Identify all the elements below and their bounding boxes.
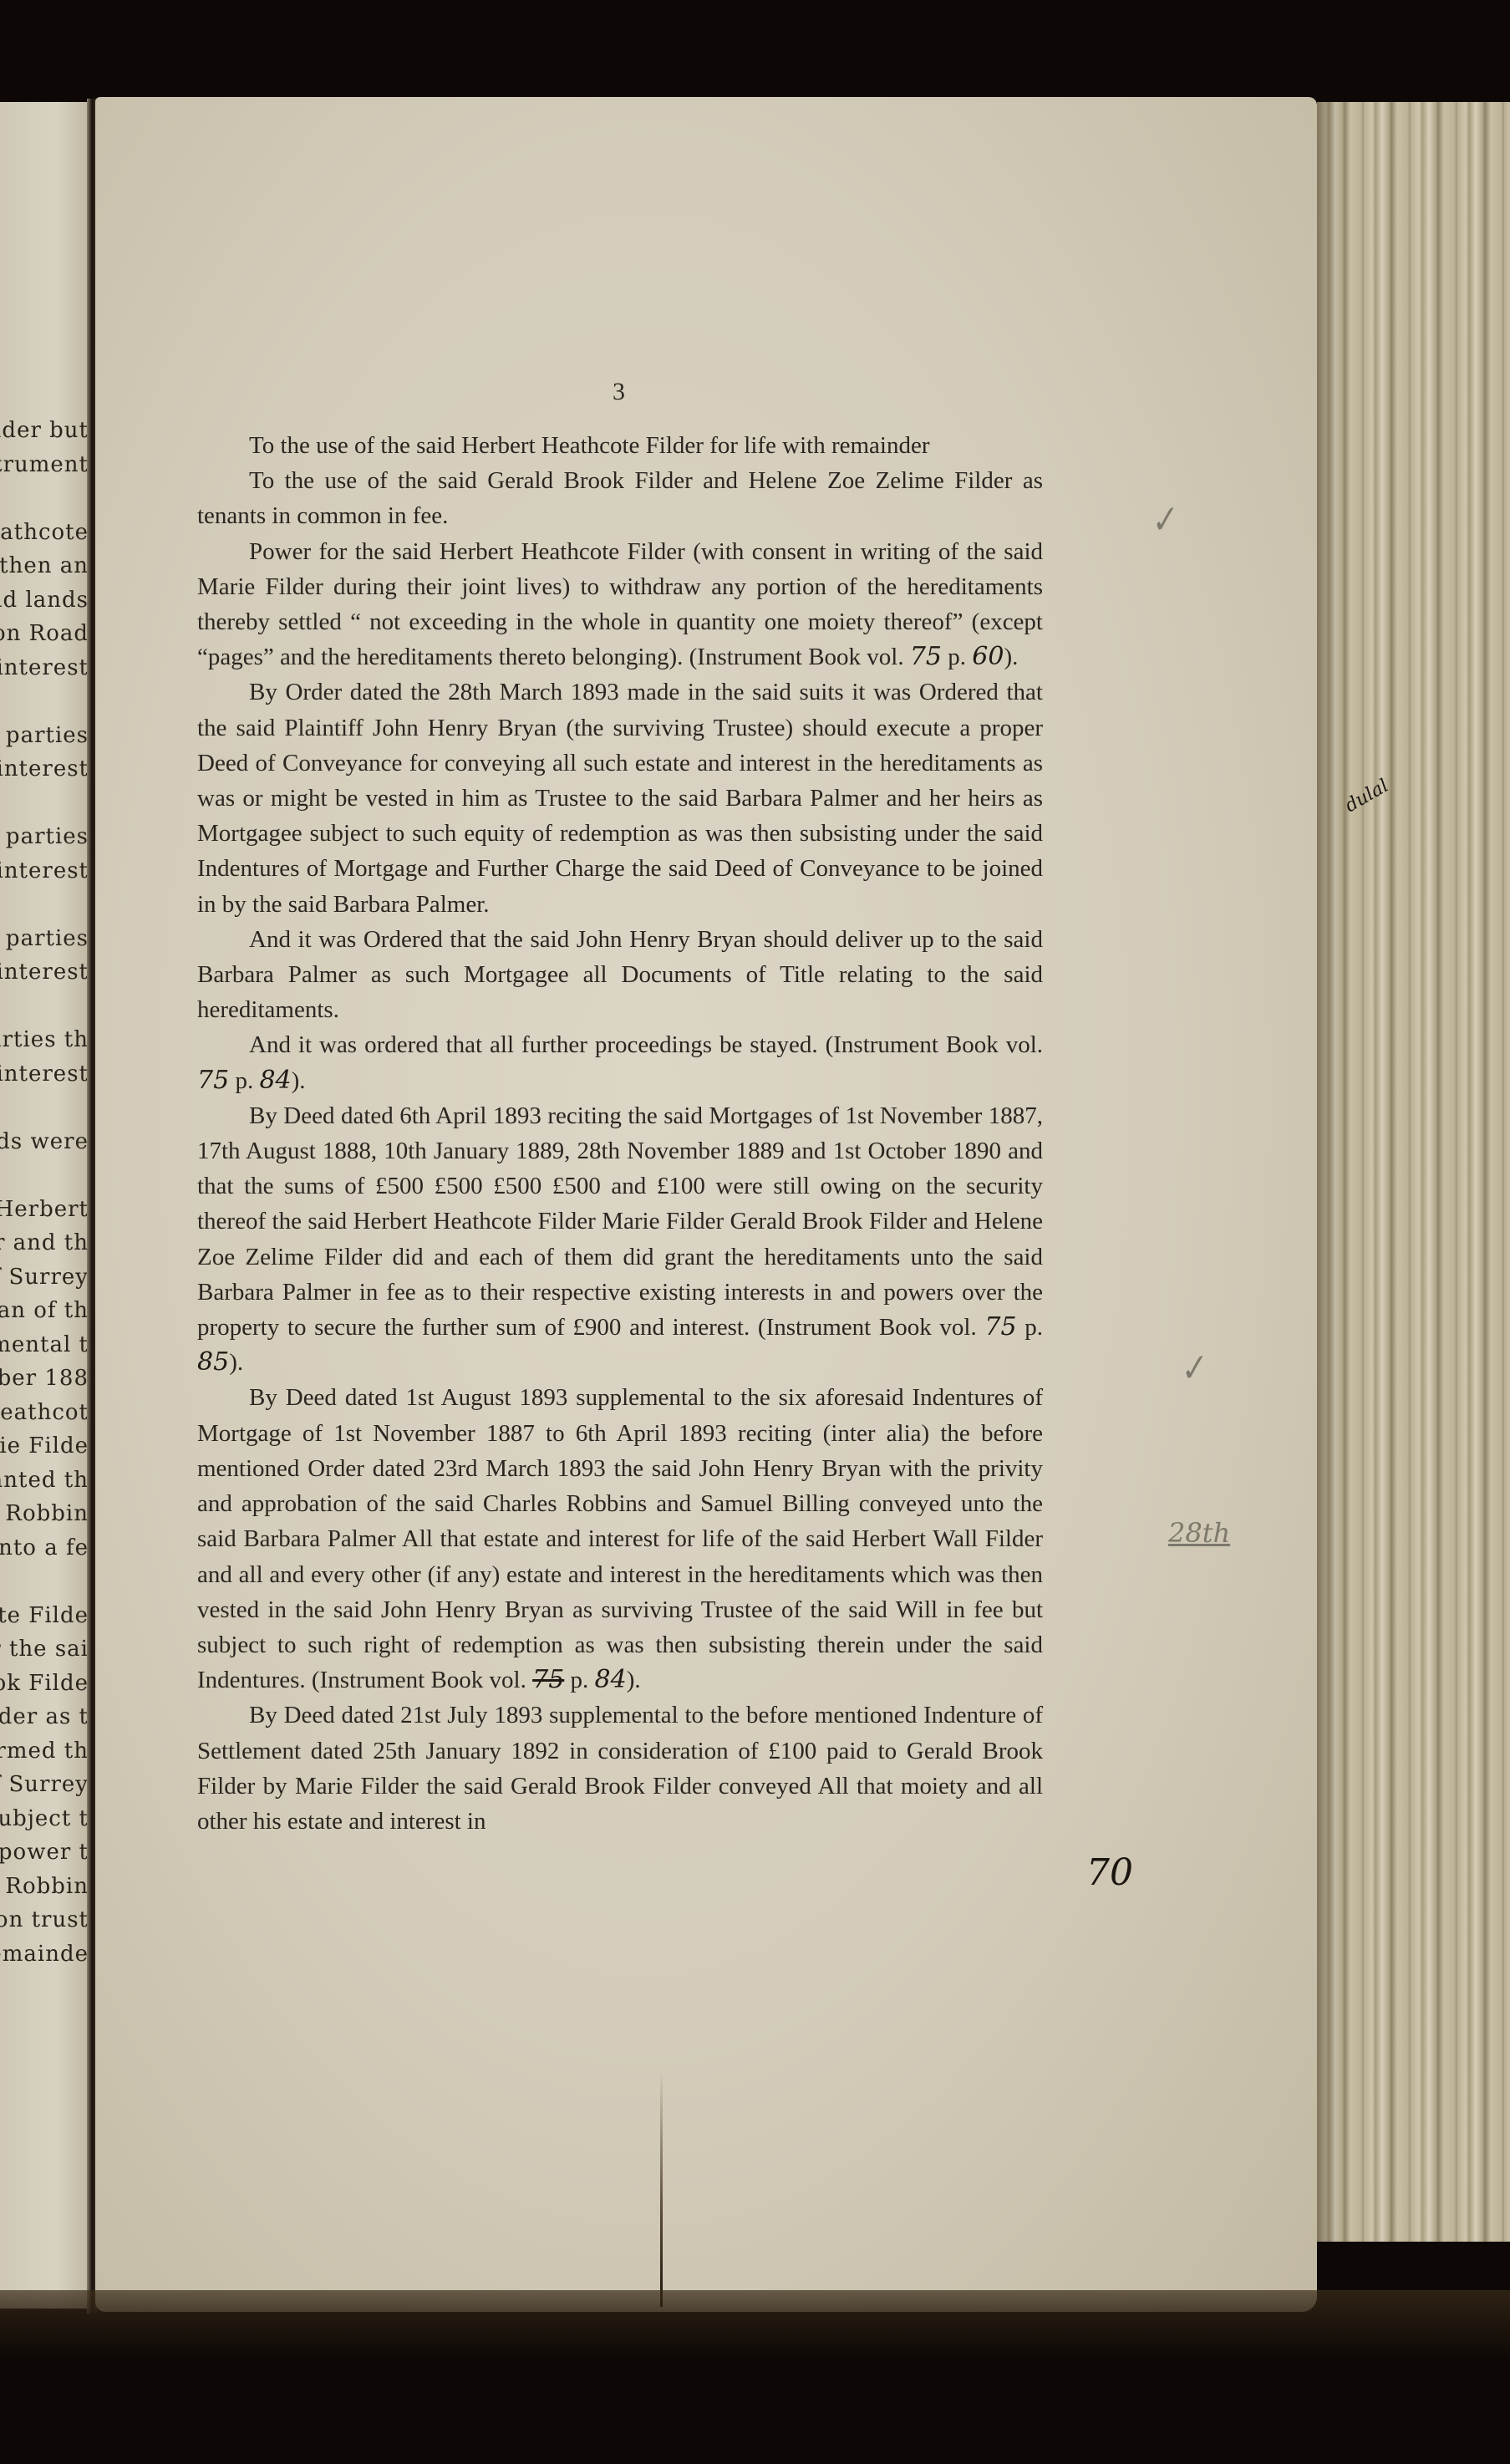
handwritten-volume: 75 (532, 1665, 564, 1694)
left-page-fragment: Deeds were (0, 1129, 89, 1154)
page-fold-crease (660, 2073, 663, 2307)
left-page-fragment: me parties (0, 723, 89, 748)
paragraph-tenants-in-common: To the use of the said Gerald Brook Fild… (197, 463, 1043, 533)
left-page-fragment: les Robbin (0, 1501, 89, 1526)
handwritten-page: 84 (259, 1066, 291, 1095)
pencil-date-note: 28th (1168, 1517, 1230, 1549)
instrument-reference: (Instrument Book vol. 75 p. 84). (312, 1667, 641, 1693)
left-page-fragment: said lands (0, 588, 89, 613)
paragraph-life-use: To the use of the said Herbert Heathcote… (197, 428, 1043, 463)
handwritten-volume: 75 (910, 642, 942, 671)
left-page-fragment: (then an (0, 553, 89, 578)
left-page-fragment: nd interest (0, 756, 89, 781)
left-page-fragment: Filder as t (0, 1704, 89, 1729)
folio-number: 70 (1086, 1851, 1133, 1894)
page-number: 3 (613, 378, 625, 406)
left-page-fragment: Heathcot (0, 1400, 89, 1425)
left-page-fragment: rles Robbin (0, 1874, 89, 1899)
paragraph-deed-1-august: By Deed dated 1st August 1893 supplement… (197, 1380, 1043, 1698)
left-page-fragment: tober 188 (0, 1366, 89, 1391)
left-page-fragment: gton Road (0, 621, 89, 646)
instrument-reference: (Instrument Book vol. 75 p. 60). (689, 644, 1019, 670)
left-page-fragment: hcote Filde (0, 1603, 89, 1628)
handwritten-page: 85 (197, 1347, 229, 1377)
left-page-fragment: into a fe (0, 1535, 89, 1560)
left-page-fragment: eman of th (0, 1298, 89, 1323)
left-page-fragment: ns of Surrey (0, 1265, 89, 1290)
left-page-fragment: ilder but (0, 418, 89, 443)
document-body: To the use of the said Herbert Heathcote… (197, 428, 1043, 1839)
left-page-fragment: nfirmed th (0, 1739, 89, 1764)
left-page-fragment: th of Surrey (0, 1772, 89, 1797)
left-page-fragment: granted th (0, 1468, 89, 1493)
paragraph-deliver-documents: And it was Ordered that the said John He… (197, 922, 1043, 1028)
handwritten-page: 60 (972, 642, 1004, 671)
left-page-fragment: ther the sai (0, 1637, 89, 1662)
left-page-fragment: aid Herbert (0, 1197, 89, 1222)
left-page-fragment: d interest (0, 655, 89, 680)
page-stack-edge (1317, 102, 1510, 2242)
paragraph-deed-6-april: By Deed dated 6th April 1893 reciting th… (197, 1098, 1043, 1381)
left-page-fragment: Marie Filde (0, 1433, 89, 1459)
paragraph-proceedings-stayed: And it was ordered that all further proc… (197, 1027, 1043, 1097)
left-page-fragment: ame parties (0, 926, 89, 951)
page-edge-shadow (1317, 102, 1342, 2242)
book-bottom-shadow (0, 2290, 1510, 2464)
paragraph-order-28-march: By Order dated the 28th March 1893 made … (197, 675, 1043, 921)
left-page-fragment: me parties (0, 824, 89, 849)
paragraph-deed-21-july: By Deed dated 21st July 1893 supplementa… (197, 1698, 1043, 1839)
left-page-fragment: a power t (0, 1840, 89, 1865)
left-page-fragment: th remainde (0, 1942, 89, 1967)
left-page-fragment: Heathcote (0, 520, 89, 545)
adjacent-left-page: ilder butnstrumentHeathcote(then ansaid … (0, 102, 94, 2309)
left-page-fragment: d interest (0, 1061, 89, 1087)
handwritten-volume: 75 (984, 1312, 1016, 1341)
left-page-fragment: er and th (0, 1230, 89, 1255)
left-page-fragment: nd interest (0, 858, 89, 883)
paragraph-power-withdraw: Power for the said Herbert Heathcote Fil… (197, 534, 1043, 675)
left-page-fragment: (subject t (0, 1806, 89, 1831)
left-page-fragment: parties th (0, 1027, 89, 1052)
left-page-fragment: Brook Filde (0, 1671, 89, 1696)
left-page-fragment: nd interest (0, 960, 89, 985)
left-page-fragment: lemental t (0, 1332, 89, 1357)
handwritten-page: 84 (595, 1665, 627, 1694)
left-page-fragment: der on trust (0, 1907, 89, 1932)
handwritten-volume: 75 (197, 1066, 229, 1095)
left-page-fragment: nstrument (0, 452, 89, 477)
